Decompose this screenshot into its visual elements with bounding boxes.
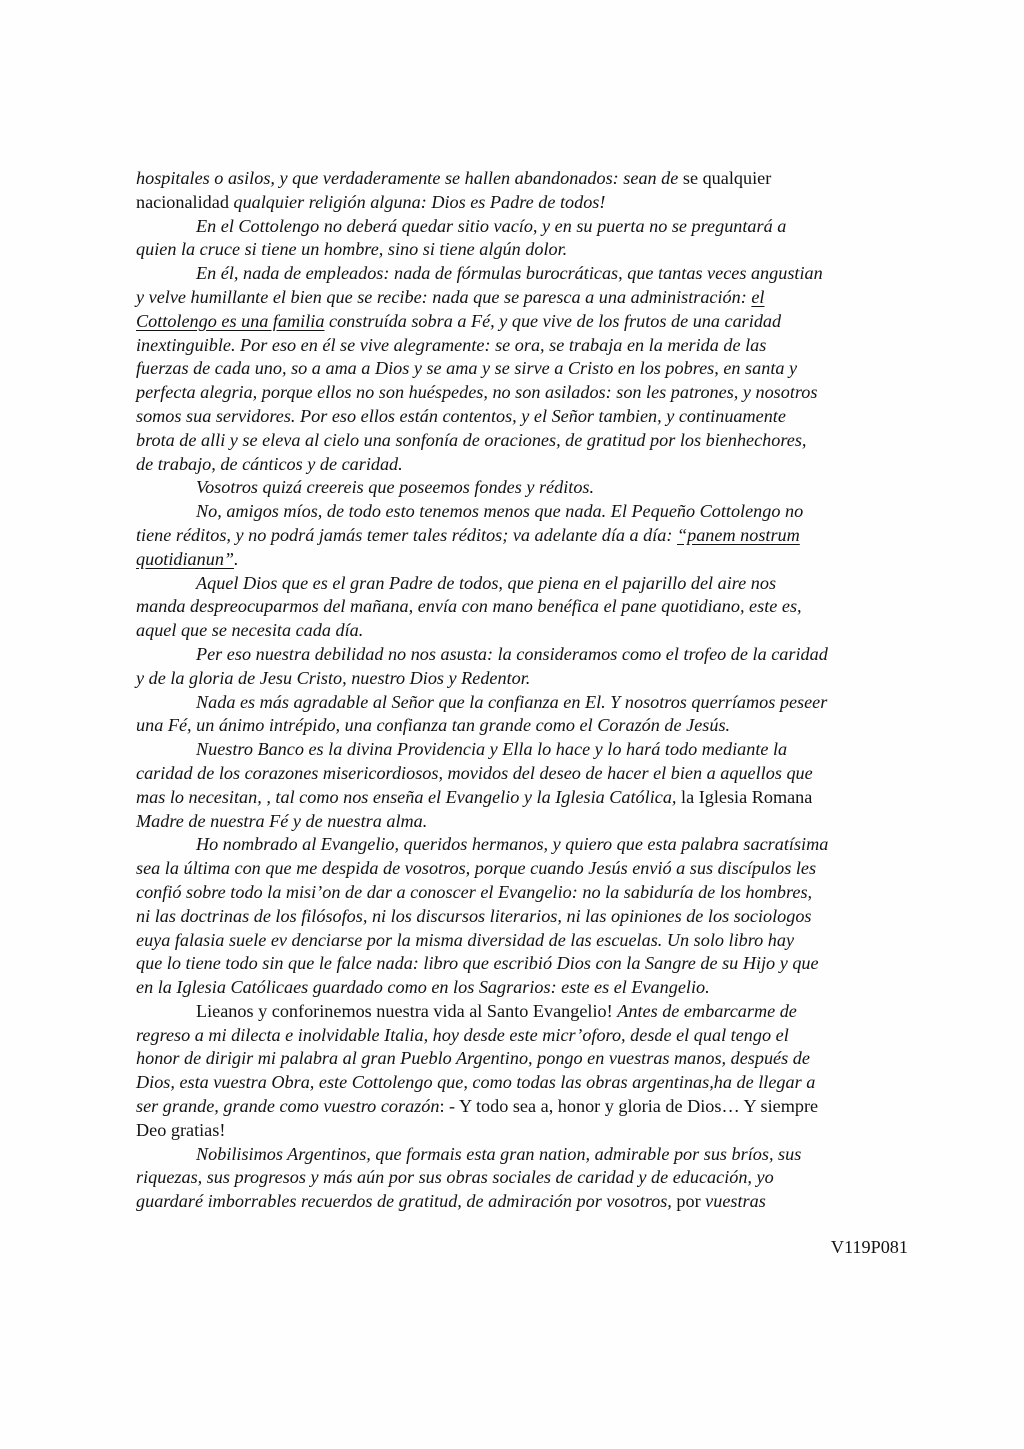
italic-text: construída sobra a Fé, y que vive de los… bbox=[324, 311, 781, 331]
roman-text: : - Y todo sea a, honor y gloria de Dios… bbox=[439, 1096, 818, 1116]
text-line: y velve humillante el bien que se recibe… bbox=[136, 286, 936, 310]
italic-text: guardaré imborrables recuerdos de gratit… bbox=[136, 1191, 672, 1211]
text-line: nacionalidad qualquier religión alguna: … bbox=[136, 191, 936, 215]
italic-text: en la Iglesia Católicaes guardado como e… bbox=[136, 977, 710, 997]
text-line: Deo gratias! bbox=[136, 1119, 936, 1143]
text-line: caridad de los corazones misericordiosos… bbox=[136, 762, 936, 786]
text-line: Dios, esta vuestra Obra, este Cottolengo… bbox=[136, 1071, 936, 1095]
text-line: honor de dirigir mi palabra al gran Pueb… bbox=[136, 1047, 936, 1071]
text-line: No, amigos míos, de todo esto tenemos me… bbox=[136, 500, 936, 524]
underlined-text: el bbox=[751, 287, 764, 307]
italic-text: euya falasia suele ev denciarse por la m… bbox=[136, 930, 794, 950]
underlined-text: “panem nostrum bbox=[677, 525, 800, 545]
text-line: brota de alli y se eleva al cielo una so… bbox=[136, 429, 936, 453]
italic-text: y de la gloria de Jesu Cristo, nuestro D… bbox=[136, 668, 530, 688]
text-line: fuerzas de cada uno, so a ama a Dios y s… bbox=[136, 357, 936, 381]
text-line: Nuestro Banco es la divina Providencia y… bbox=[136, 738, 936, 762]
text-line: Vosotros quizá creereis que poseemos fon… bbox=[136, 476, 936, 500]
roman-text: Lieanos y conforinemos nuestra vida al S… bbox=[196, 1001, 617, 1021]
text-line: Nobilisimos Argentinos, que formais esta… bbox=[136, 1143, 936, 1167]
italic-text: tiene réditos, y no podrá jamás temer ta… bbox=[136, 525, 677, 545]
text-line: Per eso nuestra debilidad no nos asusta:… bbox=[136, 643, 936, 667]
italic-text: Antes de embarcarme de bbox=[617, 1001, 797, 1021]
text-line: perfecta alegria, porque ellos no son hu… bbox=[136, 381, 936, 405]
italic-text: En él, nada de empleados: nada de fórmul… bbox=[196, 263, 823, 283]
italic-text: Madre de nuestra Fé y de nuestra alma. bbox=[136, 811, 427, 831]
roman-text: la Iglesia Romana bbox=[676, 787, 812, 807]
text-line: Lieanos y conforinemos nuestra vida al S… bbox=[136, 1000, 936, 1024]
page-number: V119P081 bbox=[136, 1236, 908, 1260]
text-line: Ho nombrado al Evangelio, queridos herma… bbox=[136, 833, 936, 857]
italic-text: Vosotros quizá creereis que poseemos fon… bbox=[196, 477, 594, 497]
roman-text: por bbox=[672, 1191, 705, 1211]
text-line: guardaré imborrables recuerdos de gratit… bbox=[136, 1190, 936, 1214]
italic-text: inextinguible. Por eso en él se vive ale… bbox=[136, 335, 766, 355]
text-body: hospitales o asilos, y que verdaderament… bbox=[136, 167, 936, 1214]
italic-text: Aquel Dios que es el gran Padre de todos… bbox=[196, 573, 776, 593]
italic-text: ser grande, grande como vuestro corazón bbox=[136, 1096, 439, 1116]
text-line: riquezas, sus progresos y más aún por su… bbox=[136, 1166, 936, 1190]
italic-text: brota de alli y se eleva al cielo una so… bbox=[136, 430, 806, 450]
text-line: Madre de nuestra Fé y de nuestra alma. bbox=[136, 810, 936, 834]
italic-text: No, amigos míos, de todo esto tenemos me… bbox=[196, 501, 803, 521]
italic-text: En el Cottolengo no deberá quedar sitio … bbox=[196, 216, 786, 236]
text-line: inextinguible. Por eso en él se vive ale… bbox=[136, 334, 936, 358]
italic-text: honor de dirigir mi palabra al gran Pueb… bbox=[136, 1048, 810, 1068]
italic-text: Nada es más agradable al Señor que la co… bbox=[196, 692, 827, 712]
text-line: y de la gloria de Jesu Cristo, nuestro D… bbox=[136, 667, 936, 691]
text-line: Aquel Dios que es el gran Padre de todos… bbox=[136, 572, 936, 596]
italic-text: qualquier religión alguna: Dios es Padre… bbox=[233, 192, 605, 212]
italic-text: manda despreocuparmos del mañana, envía … bbox=[136, 596, 802, 616]
italic-text: perfecta alegria, porque ellos no son hu… bbox=[136, 382, 817, 402]
document-page: hospitales o asilos, y que verdaderament… bbox=[0, 0, 1024, 1449]
text-line: Cottolengo es una familia construída sob… bbox=[136, 310, 936, 334]
text-line: aquel que se necesita cada día. bbox=[136, 619, 936, 643]
text-line: una Fé, un ánimo intrépido, una confianz… bbox=[136, 714, 936, 738]
italic-text: Ho nombrado al Evangelio, queridos herma… bbox=[196, 834, 828, 854]
text-line: confió sobre todo la misi’on de dar a co… bbox=[136, 881, 936, 905]
italic-text: Nobilisimos Argentinos, que formais esta… bbox=[196, 1144, 801, 1164]
text-line: de trabajo, de cánticos y de caridad. bbox=[136, 453, 936, 477]
italic-text: Nuestro Banco es la divina Providencia y… bbox=[196, 739, 787, 759]
italic-text: somos sua servidores. Por eso ellos está… bbox=[136, 406, 786, 426]
text-line: quien la cruce si tiene un hombre, sino … bbox=[136, 238, 936, 262]
italic-text: caridad de los corazones misericordiosos… bbox=[136, 763, 813, 783]
italic-text: aquel que se necesita cada día. bbox=[136, 620, 363, 640]
underlined-text: Cottolengo es una familia bbox=[136, 311, 324, 331]
italic-text: vuestras bbox=[705, 1191, 766, 1211]
italic-text: fuerzas de cada uno, so a ama a Dios y s… bbox=[136, 358, 797, 378]
text-line: sea la última con que me despida de voso… bbox=[136, 857, 936, 881]
text-line: en la Iglesia Católicaes guardado como e… bbox=[136, 976, 936, 1000]
text-line: En él, nada de empleados: nada de fórmul… bbox=[136, 262, 936, 286]
italic-text: regreso a mi dilecta e inolvidable Itali… bbox=[136, 1025, 789, 1045]
text-line: quotidianun”. bbox=[136, 548, 936, 572]
italic-text: confió sobre todo la misi’on de dar a co… bbox=[136, 882, 812, 902]
italic-text: sea la última con que me despida de voso… bbox=[136, 858, 816, 878]
text-line: manda despreocuparmos del mañana, envía … bbox=[136, 595, 936, 619]
text-line: euya falasia suele ev denciarse por la m… bbox=[136, 929, 936, 953]
italic-text: Dios, esta vuestra Obra, este Cottolengo… bbox=[136, 1072, 815, 1092]
italic-text: hospitales o asilos, y que verdaderament… bbox=[136, 168, 683, 188]
roman-text: se qualquier bbox=[683, 168, 771, 188]
text-line: regreso a mi dilecta e inolvidable Itali… bbox=[136, 1024, 936, 1048]
text-line: hospitales o asilos, y que verdaderament… bbox=[136, 167, 936, 191]
italic-text: y velve humillante el bien que se recibe… bbox=[136, 287, 751, 307]
italic-text: quien la cruce si tiene un hombre, sino … bbox=[136, 239, 567, 259]
text-line: En el Cottolengo no deberá quedar sitio … bbox=[136, 215, 936, 239]
italic-text: mas lo necesitan, , tal como nos enseña … bbox=[136, 787, 676, 807]
italic-text: Per eso nuestra debilidad no nos asusta:… bbox=[196, 644, 828, 664]
text-line: Nada es más agradable al Señor que la co… bbox=[136, 691, 936, 715]
text-line: mas lo necesitan, , tal como nos enseña … bbox=[136, 786, 936, 810]
italic-text: ni las doctrinas de los filósofos, ni lo… bbox=[136, 906, 812, 926]
roman-text: Deo gratias! bbox=[136, 1120, 225, 1140]
text-line: ser grande, grande como vuestro corazón:… bbox=[136, 1095, 936, 1119]
text-line: ni las doctrinas de los filósofos, ni lo… bbox=[136, 905, 936, 929]
text-line: somos sua servidores. Por eso ellos está… bbox=[136, 405, 936, 429]
roman-text: nacionalidad bbox=[136, 192, 233, 212]
text-line: que lo tiene todo sin que le falce nada:… bbox=[136, 952, 936, 976]
italic-text: . bbox=[234, 549, 239, 569]
underlined-text: quotidianun” bbox=[136, 549, 234, 569]
italic-text: una Fé, un ánimo intrépido, una confianz… bbox=[136, 715, 730, 735]
italic-text: riquezas, sus progresos y más aún por su… bbox=[136, 1167, 774, 1187]
text-line: tiene réditos, y no podrá jamás temer ta… bbox=[136, 524, 936, 548]
italic-text: que lo tiene todo sin que le falce nada:… bbox=[136, 953, 819, 973]
italic-text: de trabajo, de cánticos y de caridad. bbox=[136, 454, 403, 474]
